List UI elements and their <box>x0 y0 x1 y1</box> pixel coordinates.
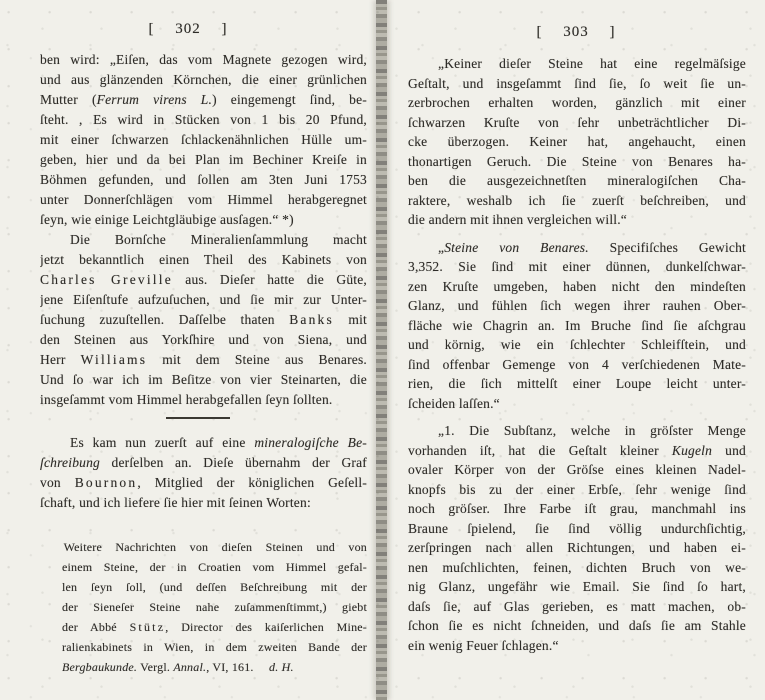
text-line: ſchwarzen Kruſte von ſehr unbeträchtlich… <box>408 113 746 133</box>
text-line: Mutter (Ferrum virens L.) eingemengt ſin… <box>40 90 367 110</box>
paragraph: ben wird: „Eiſen, das vom Magnete gezoge… <box>40 50 367 230</box>
text-line: ben die ausgezeichnetſten mineralogiſche… <box>408 171 746 191</box>
text-line: ſind offenbar Gemenge von 4 verſchiedene… <box>408 355 746 375</box>
text-line: „Keiner dieſer Steine hat eine regelmäſs… <box>408 54 746 74</box>
text-line: Herr Williams mit dem Steine aus Benares… <box>40 350 367 370</box>
text-line: einem Steine, der in Croatien vom Himmel… <box>62 557 367 577</box>
text-line: der Sieneſer Steine nahe zuſammenſtimmt,… <box>62 597 367 617</box>
text-line: zen Kruſte umgeben, haben nicht den mind… <box>408 277 746 297</box>
text-line: fläche wie Chagrin an. Im Bruche ſind ſi… <box>408 316 746 336</box>
paragraph: „1. Die Subſtanz, welche in gröſster Men… <box>408 421 746 655</box>
text-line: zerbrochen erhalten worden, gänzlich mit… <box>408 93 746 113</box>
text-line: geben, hier und da bei Plan im Bechiner … <box>40 150 367 170</box>
text-line: den Steinen aus Yorkſhire und von Siena,… <box>40 330 367 350</box>
text-line: vorhanden iſt, hat die Geſtalt kleiner K… <box>408 441 746 461</box>
text-line: len ſeyn ſoll, (und deſſen Beſchreibung … <box>62 577 367 597</box>
paragraph: „Keiner dieſer Steine hat eine regelmäſs… <box>408 54 746 230</box>
text-line: ein wenig Feuer ſchlagen.“ <box>408 636 746 656</box>
text-line: Bergbaukunde. Vergl. Annal., VI, 161. d.… <box>62 657 367 677</box>
page-number-left: [ 302 ] <box>0 21 376 38</box>
book-binding-gutter <box>376 0 387 700</box>
text-line: ben wird: „Eiſen, das vom Magnete gezoge… <box>40 50 367 70</box>
text-line: jetzt bekanntlich einen Theil des Kabine… <box>40 250 367 270</box>
text-line: 3,352. Sie ſind mit einer dünnen, dunkel… <box>408 257 746 277</box>
text-line: der Abbé Stütz, Director des kaiſerliche… <box>62 617 367 637</box>
text-line: ovaler Körper von der Gröſse eines klein… <box>408 460 746 480</box>
text-line: die andern mit ihnen vergleichen will.“ <box>408 210 746 230</box>
text-line: Charles Greville aus. Dieſer hatte die G… <box>40 270 367 290</box>
text-line: daſs ſie, auf Glas gerieben, es matt mac… <box>408 597 746 617</box>
paragraph: Die Bornſche Mineralienſammlung machtjet… <box>40 230 367 410</box>
paragraph: „Steine von Benares. Specifiſches Gewich… <box>408 238 746 414</box>
right-text-column: „Keiner dieſer Steine hat eine regelmäſs… <box>408 54 746 655</box>
text-line: unter Donnerſchlägen vom Himmel herabger… <box>40 190 367 210</box>
text-line: noch gröſser. Ihre Farbe iſt grau, manch… <box>408 499 746 519</box>
text-line: und aus glänzenden Körnchen, die einer g… <box>40 70 367 90</box>
text-line: cke überzogen. Keiner hat, angehaucht, e… <box>408 132 746 152</box>
text-line: Glanz, und fühlen ſich wegen ihrer rauhe… <box>408 296 746 316</box>
text-line: zerſpringen nach allen Richtungen, und h… <box>408 538 746 558</box>
text-line: ſteht. , Es wird in Stücken von 1 bis 20… <box>40 110 367 130</box>
left-text-column: ben wird: „Eiſen, das vom Magnete gezoge… <box>40 50 367 677</box>
text-line: mit einer ſchwarzen ſchlackenähnlichen H… <box>40 130 367 150</box>
text-line: Es kam nun zuerſt auf eine mineralogiſch… <box>40 433 367 453</box>
text-line: nig Glanz, ungefähr wie Email. Sie ſind … <box>408 577 746 597</box>
right-page-303: [ 303 ] „Keiner dieſer Steine hat eine r… <box>387 0 765 700</box>
text-line: „Steine von Benares. Specifiſches Gewich… <box>408 238 746 258</box>
text-line: Braune ſpielend, ſie ſind völlig undurch… <box>408 519 746 539</box>
text-line: ſuchung zuzuſtellen. Daſſelbe thaten Ban… <box>40 310 367 330</box>
text-line: ſeyn, wie einige Leichtgläubige ausſagen… <box>40 210 367 230</box>
text-line: raktere, weshalb ich ſie zuerſt beſchrei… <box>408 191 746 211</box>
text-line: ralienkabinets in Wien, in dem zweiten B… <box>62 637 367 657</box>
text-line: ſchaft, und ich liefere ſie hier mit ſei… <box>40 493 367 513</box>
text-line: thonartigen Geruch. Die Steine von Benar… <box>408 152 746 172</box>
section-divider-rule <box>166 417 230 419</box>
text-line: Böhmen gefunden, und ſollen am 3ten Juni… <box>40 170 367 190</box>
footnote: *) Weitere Nachrichten von dieſen Steine… <box>40 537 367 677</box>
text-line: und körnig, wie ein ſchlechter Schleifſt… <box>408 335 746 355</box>
text-line: Geſtalt, und insgeſammt ſind ſie, ſo wei… <box>408 74 746 94</box>
text-line: *) Weitere Nachrichten von dieſen Steine… <box>62 537 367 557</box>
text-line: ſchon ſie es nicht ſchneiden, und daſs ſ… <box>408 616 746 636</box>
text-line: nen muſchlichten, feinen, dichten Bruch … <box>408 558 746 578</box>
text-line: ſchreibung derſelben an. Dieſe übernahm … <box>40 453 367 473</box>
text-line: ſcheiden laſſen.“ <box>408 394 746 414</box>
text-line: jene Eiſenſtufe aufzuſuchen, und ſie mir… <box>40 290 367 310</box>
text-line: insgeſammt vom Himmel herabgefallen ſeyn… <box>40 390 367 410</box>
text-line: Die Bornſche Mineralienſammlung macht <box>40 230 367 250</box>
text-line: knopfs bis zu der einer Erbſe, ſehr weni… <box>408 480 746 500</box>
text-line: „1. Die Subſtanz, welche in gröſster Men… <box>408 421 746 441</box>
text-line: rien, die ſich mittelſt einer Loupe leic… <box>408 374 746 394</box>
paragraph: Es kam nun zuerſt auf eine mineralogiſch… <box>40 433 367 513</box>
page-number-right: [ 303 ] <box>387 24 765 41</box>
text-line: von Bournon, Mitglied der königlichen Ge… <box>40 473 367 493</box>
left-page-302: [ 302 ] ben wird: „Eiſen, das vom Magnet… <box>0 0 376 700</box>
text-line: Und ſo war ich im Beſitze von vier Stein… <box>40 370 367 390</box>
